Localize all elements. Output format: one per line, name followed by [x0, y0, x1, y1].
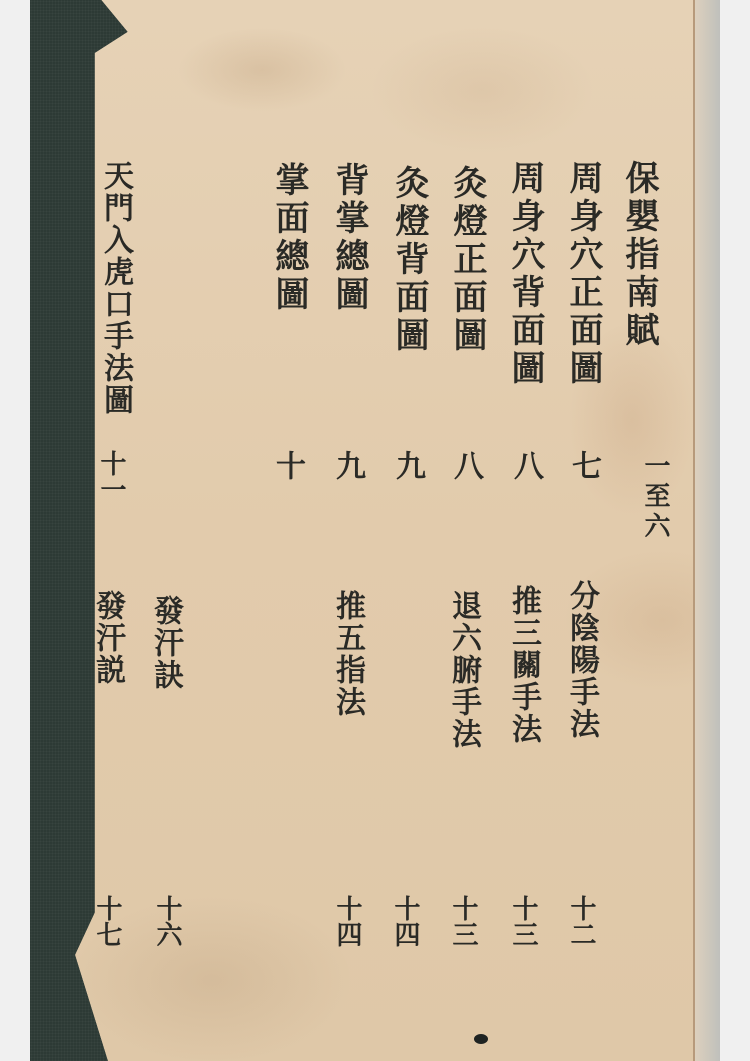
- page-number: 十三: [510, 895, 536, 947]
- entry-title: 分陰陽手法: [566, 580, 596, 740]
- page-number: 十二: [568, 895, 594, 947]
- entry-title: 發汗訣: [150, 595, 180, 691]
- page-number: 八: [450, 450, 480, 480]
- entry-title: 保嬰指南賦: [622, 160, 656, 350]
- entry-title: 掌面總圖: [272, 162, 306, 314]
- page-number: 九: [332, 450, 362, 480]
- entry-title: 周身穴正面圖: [566, 160, 600, 388]
- entry-title: 推五指法: [332, 590, 362, 718]
- entry-title: 背掌總圖: [332, 162, 366, 314]
- page-number: 十七: [94, 895, 120, 947]
- page-number: 十三: [450, 895, 476, 947]
- page-number: 七: [568, 450, 598, 480]
- entry-title: 推三關手法: [508, 585, 538, 745]
- page-number: 十四: [392, 895, 418, 947]
- page-number: 十六: [154, 895, 180, 947]
- entry-title: 灸燈正面圖: [450, 165, 484, 355]
- page-number: 十四: [334, 895, 360, 947]
- entry-title: 周身穴背面圖: [508, 160, 542, 388]
- page-number: 九: [392, 450, 422, 480]
- entry-title: 天門入虎口手法圖: [100, 160, 130, 416]
- page-number: 八: [510, 450, 540, 480]
- page-number: 十一: [98, 450, 124, 502]
- entry-title: 退六腑手法: [448, 590, 478, 750]
- entry-title: 灸燈背面圖: [392, 165, 426, 355]
- page-number: 十: [272, 450, 302, 480]
- marginal-note: 一至六: [642, 452, 668, 542]
- entry-title: 發汗説: [92, 590, 122, 686]
- ink-blot: [474, 1034, 488, 1044]
- page-shadow: [695, 0, 720, 1061]
